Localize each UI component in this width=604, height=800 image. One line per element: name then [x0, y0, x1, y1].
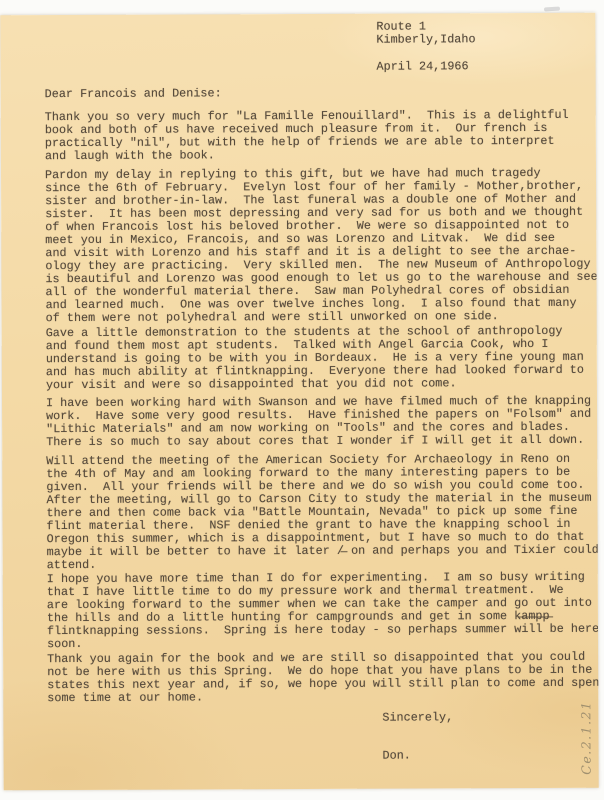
letter-paper: Route 1 Kimberly,Idaho April 24,1966 Dea… — [0, 13, 598, 791]
catalog-annotation: Ce.2.1.21 — [578, 689, 593, 775]
signature-name: Don. — [383, 750, 411, 763]
letter-paragraph-6: I hope you have more time than I do for … — [47, 571, 599, 651]
scan-background: Route 1 Kimberly,Idaho April 24,1966 Dea… — [0, 0, 604, 800]
letter-paragraph-2: Pardon my delay in replying to this gift… — [45, 167, 598, 325]
letter-date: April 24,1966 — [377, 60, 469, 73]
letter-paragraph-3: Gave a little demonstration to the stude… — [46, 325, 584, 392]
letter-paragraph-5: Will attend the meeting of the American … — [46, 453, 598, 572]
letter-paragraph-1: Thank you so very much for "La Famille F… — [45, 109, 569, 163]
closing: Sincerely, — [382, 711, 453, 724]
scan-smudge — [544, 6, 560, 11]
letter-paragraph-7: Thank you again for the book and we are … — [47, 651, 599, 705]
letter-paragraph-4: I have been working hard with Swanson an… — [46, 395, 591, 449]
salutation: Dear Francois and Denise: — [45, 87, 222, 101]
return-address: Route 1 Kimberly,Idaho — [376, 20, 475, 46]
